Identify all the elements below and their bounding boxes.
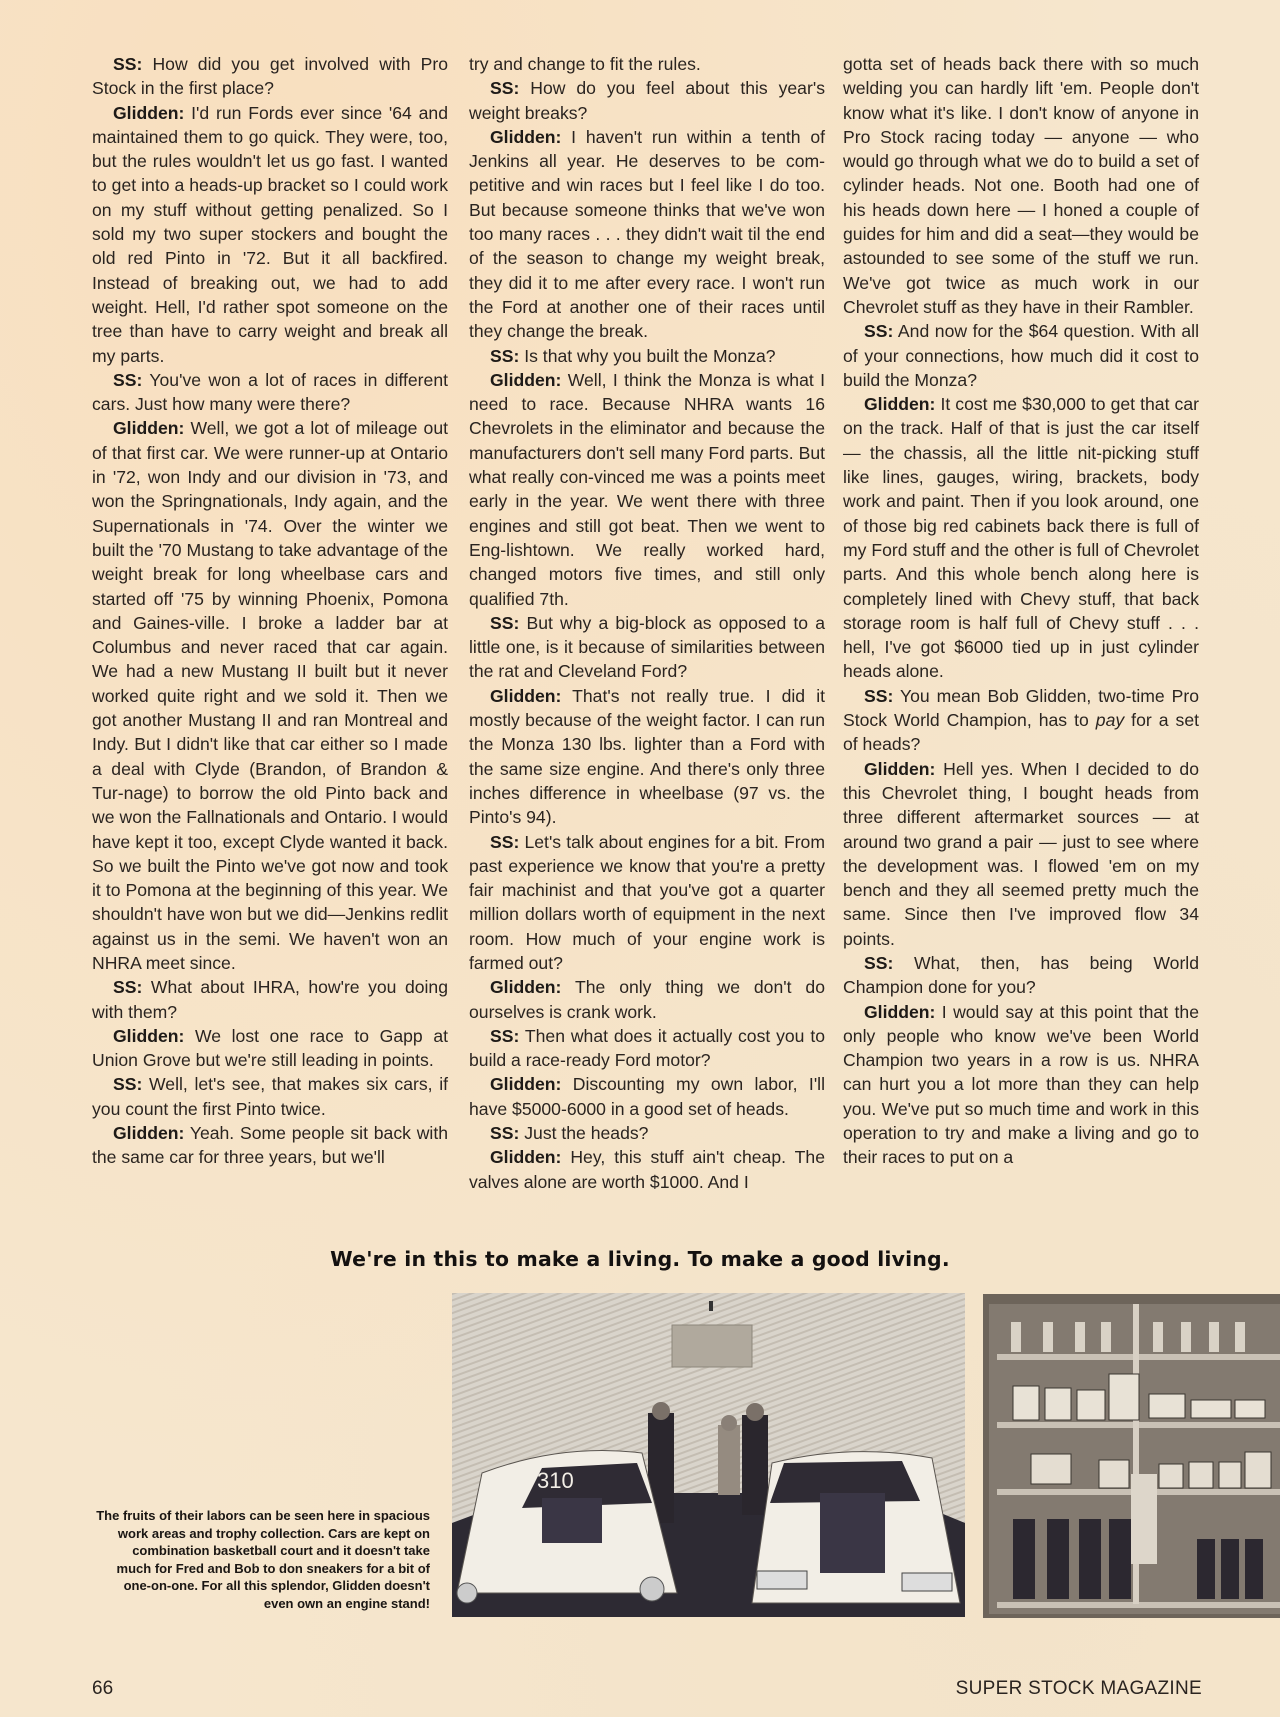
magazine-name: SUPER STOCK MAGAZINE bbox=[956, 1678, 1202, 1700]
paragraph-text: How did you get involved with Pro Stock … bbox=[92, 54, 448, 98]
paragraph-text: I would say at this point that the only … bbox=[843, 1002, 1199, 1168]
speaker-label: Glidden: bbox=[490, 977, 561, 997]
paragraph: Glidden: Well, I think the Monza is what… bbox=[469, 368, 825, 611]
speaker-label: SS: bbox=[490, 346, 519, 366]
paragraph-text: Is that why you built the Monza? bbox=[519, 346, 775, 366]
paragraph: SS: What, then, has being World Champion… bbox=[843, 951, 1199, 1000]
paragraph: Glidden: I would say at this point that … bbox=[843, 1000, 1199, 1170]
paragraph-continuation: try and change to fit the rules. bbox=[469, 52, 825, 76]
paragraph: Glidden: That's not really true. I did i… bbox=[469, 684, 825, 830]
speaker-label: SS: bbox=[490, 832, 519, 852]
speaker-label: Glidden: bbox=[113, 1123, 184, 1143]
speaker-label: Glidden: bbox=[113, 418, 184, 438]
paragraph-continuation: gotta set of heads back there with so mu… bbox=[843, 52, 1199, 319]
paragraph: Glidden: Well, we got a lot of mileage o… bbox=[92, 416, 448, 975]
paragraph: Glidden: I haven't run within a tenth of… bbox=[469, 125, 825, 344]
paragraph: Glidden: It cost me $30,000 to get that … bbox=[843, 392, 1199, 684]
paragraph-text: Well, let's see, that makes six cars, if… bbox=[92, 1074, 448, 1118]
paragraph-text: Hell yes. When I decided to do this Chev… bbox=[843, 759, 1199, 949]
speaker-label: SS: bbox=[113, 977, 142, 997]
paragraph: SS: And now for the $64 question. With a… bbox=[843, 319, 1199, 392]
paragraph: SS: Let's talk about engines for a bit. … bbox=[469, 830, 825, 976]
speaker-label: Glidden: bbox=[113, 1026, 184, 1046]
paragraph-text: But why a big-block as opposed to a litt… bbox=[469, 613, 825, 682]
paragraph: Glidden: Hey, this stuff ain't cheap. Th… bbox=[469, 1145, 825, 1194]
speaker-label: SS: bbox=[113, 1074, 142, 1094]
paragraph: SS: Then what does it actually cost you … bbox=[469, 1024, 825, 1073]
trophy-photo-illustration bbox=[983, 1294, 1280, 1618]
speaker-label: SS: bbox=[490, 613, 519, 633]
paragraph-text: Well, we got a lot of mileage out of tha… bbox=[92, 418, 448, 973]
paragraph: Glidden: Yeah. Some people sit back with… bbox=[92, 1121, 448, 1170]
speaker-label: Glidden: bbox=[113, 103, 184, 123]
speaker-label: SS: bbox=[490, 78, 519, 98]
speaker-label: SS: bbox=[864, 686, 893, 706]
speaker-label: Glidden: bbox=[490, 370, 561, 390]
cars-photo-illustration: 310 bbox=[452, 1293, 965, 1617]
speaker-label: SS: bbox=[113, 370, 142, 390]
paragraph: Glidden: The only thing we don't do ours… bbox=[469, 975, 825, 1024]
paragraph: Glidden: I'd run Fords ever since '64 an… bbox=[92, 101, 448, 368]
emphasis-text: pay bbox=[1096, 710, 1124, 730]
speaker-label: Glidden: bbox=[864, 1002, 935, 1022]
paragraph: SS: How do you feel about this year's we… bbox=[469, 76, 825, 125]
pull-quote: We're in this to make a living. To make … bbox=[0, 1247, 1280, 1271]
speaker-label: SS: bbox=[113, 54, 142, 74]
paragraph-text: gotta set of heads back there with so mu… bbox=[843, 54, 1199, 317]
article-column-3: gotta set of heads back there with so mu… bbox=[843, 52, 1199, 1170]
paragraph-text: You've won a lot of races in different c… bbox=[92, 370, 448, 414]
cars-photo: 310 bbox=[452, 1293, 965, 1617]
paragraph: SS: Is that why you built the Monza? bbox=[469, 344, 825, 368]
paragraph: SS: You mean Bob Glidden, two-time Pro S… bbox=[843, 684, 1199, 757]
paragraph-text: Just the heads? bbox=[519, 1123, 648, 1143]
speaker-label: SS: bbox=[864, 953, 893, 973]
article-column-2: try and change to fit the rules. SS: How… bbox=[469, 52, 825, 1194]
paragraph-text: And now for the $64 question. With all o… bbox=[843, 321, 1199, 390]
speaker-label: SS: bbox=[490, 1123, 519, 1143]
paragraph-text: I haven't run within a tenth of Jenkins … bbox=[469, 127, 825, 341]
paragraph-text: That's not really true. I did it mostly … bbox=[469, 686, 825, 827]
photo-caption: The fruits of their labors can be seen h… bbox=[96, 1507, 430, 1613]
paragraph: SS: What about IHRA, how're you doing wi… bbox=[92, 975, 448, 1024]
paragraph: SS: Well, let's see, that makes six cars… bbox=[92, 1072, 448, 1121]
paragraph: Glidden: Hell yes. When I decided to do … bbox=[843, 757, 1199, 951]
paragraph-text: How do you feel about this year's weight… bbox=[469, 78, 825, 122]
speaker-label: Glidden: bbox=[490, 686, 561, 706]
paragraph-text: Then what does it actually cost you to b… bbox=[469, 1026, 825, 1070]
paragraph: SS: You've won a lot of races in differe… bbox=[92, 368, 448, 417]
paragraph-text: Let's talk about engines for a bit. From… bbox=[469, 832, 825, 973]
page-number: 66 bbox=[92, 1678, 113, 1700]
paragraph: SS: But why a big-block as opposed to a … bbox=[469, 611, 825, 684]
speaker-label: Glidden: bbox=[490, 1147, 561, 1167]
paragraph: Glidden: Discounting my own labor, I'll … bbox=[469, 1072, 825, 1121]
paragraph-text: What, then, has being World Champion don… bbox=[843, 953, 1199, 997]
paragraph-text: I'd run Fords ever since '64 and maintai… bbox=[92, 103, 448, 366]
paragraph-text: try and change to fit the rules. bbox=[469, 54, 701, 74]
svg-text:310: 310 bbox=[537, 1468, 574, 1493]
speaker-label: Glidden: bbox=[864, 394, 935, 414]
article-column-1: SS: How did you get involved with Pro St… bbox=[92, 52, 448, 1170]
paragraph-text: It cost me $30,000 to get that car on th… bbox=[843, 394, 1199, 681]
paragraph: Glidden: We lost one race to Gapp at Uni… bbox=[92, 1024, 448, 1073]
speaker-label: Glidden: bbox=[864, 759, 935, 779]
paragraph: SS: How did you get involved with Pro St… bbox=[92, 52, 448, 101]
paragraph-text: Well, I think the Monza is what I need t… bbox=[469, 370, 825, 609]
paragraph: SS: Just the heads? bbox=[469, 1121, 825, 1145]
paragraph-text: What about IHRA, how're you doing with t… bbox=[92, 977, 448, 1021]
speaker-label: SS: bbox=[490, 1026, 519, 1046]
speaker-label: Glidden: bbox=[490, 1074, 561, 1094]
trophy-photo bbox=[983, 1294, 1280, 1618]
speaker-label: SS: bbox=[864, 321, 893, 341]
speaker-label: Glidden: bbox=[490, 127, 561, 147]
